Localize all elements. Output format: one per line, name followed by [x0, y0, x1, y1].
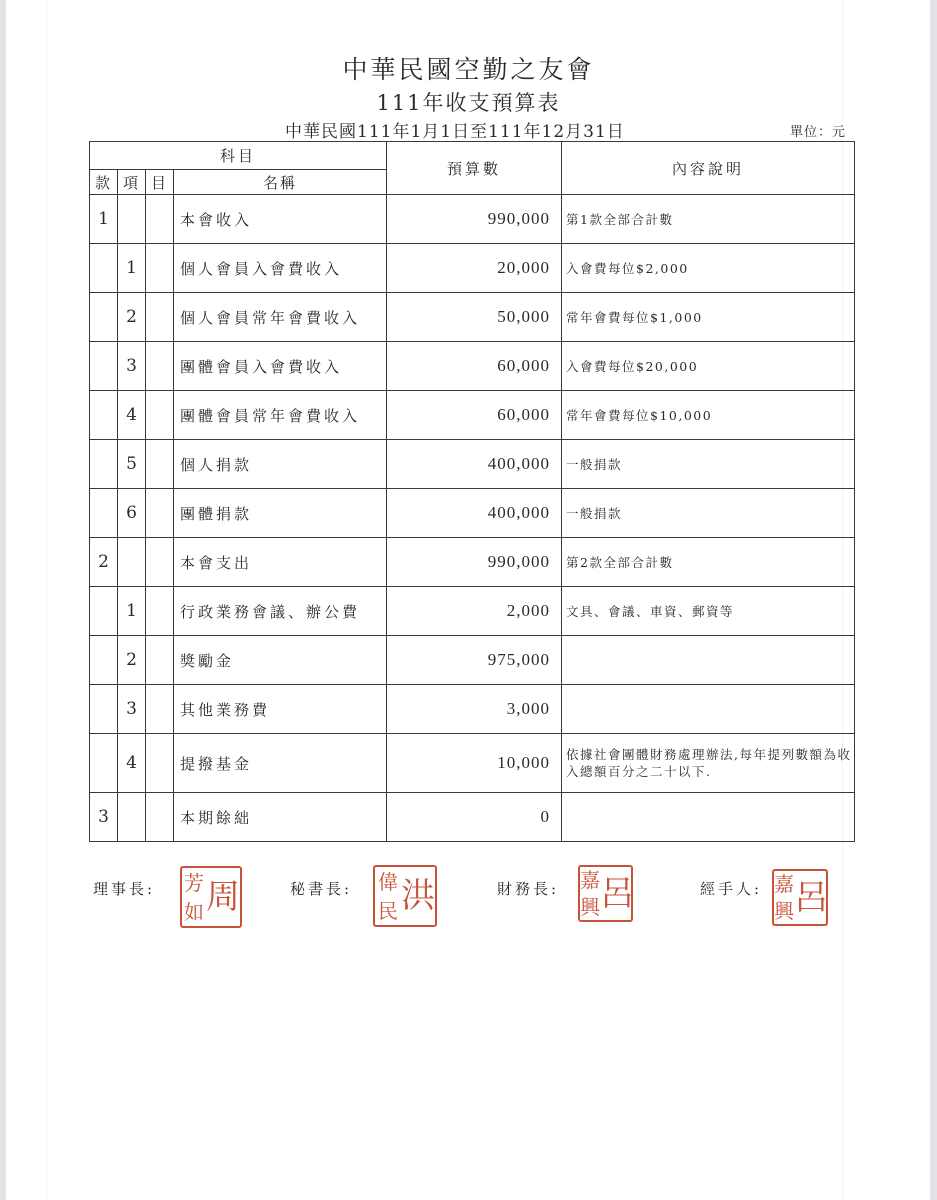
mu-cell — [146, 293, 174, 342]
description-cell: 一般捐款 — [562, 489, 855, 538]
signature-row: 理事長: 芳 周 如 秘書長: 偉 洪 民 財務長: 嘉 呂 興 經手人: 嘉 … — [0, 874, 937, 954]
kuan-cell — [90, 734, 118, 793]
table-row: 3 本期餘絀 0 — [90, 793, 855, 842]
budget-cell: 2,000 — [387, 587, 562, 636]
name-cell: 團體捐款 — [174, 489, 387, 538]
mu-cell — [146, 244, 174, 293]
xiang-cell — [118, 538, 146, 587]
name-cell: 本會支出 — [174, 538, 387, 587]
mu-cell — [146, 489, 174, 538]
seal-char: 興 — [580, 894, 600, 921]
name-cell: 個人捐款 — [174, 440, 387, 489]
budget-cell: 0 — [387, 793, 562, 842]
xiang-cell: 5 — [118, 440, 146, 489]
xiang-cell: 4 — [118, 734, 146, 793]
budget-cell: 990,000 — [387, 195, 562, 244]
description-cell: 常年會費每位$10,000 — [562, 391, 855, 440]
xiang-cell — [118, 195, 146, 244]
name-cell: 本期餘絀 — [174, 793, 387, 842]
kuan-cell: 1 — [90, 195, 118, 244]
secretary-seal-icon: 偉 洪 民 — [373, 865, 437, 927]
seal-char: 呂 — [600, 867, 634, 920]
xiang-cell: 4 — [118, 391, 146, 440]
description-cell: 第1款全部合計數 — [562, 195, 855, 244]
budget-table: 科目 預算數 內容說明 款 項 目 名稱 1 本會收入 990,000 第1款全… — [89, 141, 855, 842]
table-row: 3 團體會員入會費收入 60,000 入會費每位$20,000 — [90, 342, 855, 391]
mu-cell — [146, 793, 174, 842]
xiang-column-header: 項 — [118, 170, 146, 195]
document-title: 111年收支預算表 — [0, 87, 937, 117]
table-row: 2 獎勵金 975,000 — [90, 636, 855, 685]
description-cell: 入會費每位$2,000 — [562, 244, 855, 293]
description-cell: 文具、會議、車資、郵資等 — [562, 587, 855, 636]
xiang-cell: 1 — [118, 587, 146, 636]
chairman-label: 理事長: — [93, 878, 155, 899]
unit-label: 單位：元 — [790, 121, 846, 140]
mu-cell — [146, 195, 174, 244]
mu-column-header: 目 — [146, 170, 174, 195]
handler-seal-icon: 嘉 呂 興 — [772, 869, 828, 926]
table-row: 2 本會支出 990,000 第2款全部合計數 — [90, 538, 855, 587]
organization-title: 中華民國空勤之友會 — [0, 50, 937, 86]
chairman-seal-icon: 芳 周 如 — [180, 866, 242, 928]
kuan-cell — [90, 244, 118, 293]
mu-cell — [146, 391, 174, 440]
budget-cell: 50,000 — [387, 293, 562, 342]
budget-cell: 3,000 — [387, 685, 562, 734]
name-column-header: 名稱 — [174, 170, 387, 195]
kuan-cell — [90, 489, 118, 538]
budget-cell: 60,000 — [387, 391, 562, 440]
name-cell: 團體會員常年會費收入 — [174, 391, 387, 440]
kuan-column-header: 款 — [90, 170, 118, 195]
mu-cell — [146, 587, 174, 636]
seal-char: 嘉 — [580, 867, 600, 894]
page-edge-left — [0, 0, 6, 1200]
seal-char: 洪 — [401, 867, 435, 925]
table-row: 4 提撥基金 10,000 依據社會團體財務處理辦法,每年提列數額為收入總額百分… — [90, 734, 855, 793]
seal-char: 如 — [182, 897, 206, 926]
mu-cell — [146, 636, 174, 685]
budget-cell: 20,000 — [387, 244, 562, 293]
xiang-cell: 2 — [118, 636, 146, 685]
xiang-cell: 2 — [118, 293, 146, 342]
kuan-cell: 3 — [90, 793, 118, 842]
budget-cell: 60,000 — [387, 342, 562, 391]
table-row: 1 個人會員入會費收入 20,000 入會費每位$2,000 — [90, 244, 855, 293]
table-row: 6 團體捐款 400,000 一般捐款 — [90, 489, 855, 538]
kuan-cell — [90, 685, 118, 734]
kuan-cell — [90, 342, 118, 391]
budget-cell: 10,000 — [387, 734, 562, 793]
kuan-cell — [90, 636, 118, 685]
xiang-cell: 6 — [118, 489, 146, 538]
xiang-cell: 3 — [118, 342, 146, 391]
budget-cell: 400,000 — [387, 440, 562, 489]
table-row: 1 行政業務會議、辦公費 2,000 文具、會議、車資、郵資等 — [90, 587, 855, 636]
name-cell: 本會收入 — [174, 195, 387, 244]
seal-char: 周 — [206, 868, 240, 926]
budget-cell: 990,000 — [387, 538, 562, 587]
xiang-cell — [118, 793, 146, 842]
name-cell: 個人會員入會費收入 — [174, 244, 387, 293]
seal-char: 呂 — [794, 871, 828, 924]
scan-artifact-line — [46, 0, 47, 1200]
name-cell: 行政業務會議、辦公費 — [174, 587, 387, 636]
table-row: 1 本會收入 990,000 第1款全部合計數 — [90, 195, 855, 244]
name-cell: 提撥基金 — [174, 734, 387, 793]
description-cell — [562, 685, 855, 734]
secretary-label: 秘書長: — [290, 878, 352, 899]
mu-cell — [146, 685, 174, 734]
description-cell — [562, 636, 855, 685]
seal-char: 民 — [375, 896, 401, 925]
description-cell: 第2款全部合計數 — [562, 538, 855, 587]
kuan-cell — [90, 391, 118, 440]
description-cell: 依據社會團體財務處理辦法,每年提列數額為收入總額百分之二十以下. — [562, 734, 855, 793]
description-cell — [562, 793, 855, 842]
page-edge-right — [930, 0, 937, 1200]
table-row: 3 其他業務費 3,000 — [90, 685, 855, 734]
seal-char: 嘉 — [774, 871, 794, 898]
xiang-cell: 3 — [118, 685, 146, 734]
handler-label: 經手人: — [700, 878, 762, 899]
name-cell: 個人會員常年會費收入 — [174, 293, 387, 342]
description-column-header: 內容說明 — [562, 142, 855, 195]
xiang-cell: 1 — [118, 244, 146, 293]
seal-char: 偉 — [375, 867, 401, 896]
budget-column-header: 預算數 — [387, 142, 562, 195]
description-cell: 入會費每位$20,000 — [562, 342, 855, 391]
seal-char: 芳 — [182, 868, 206, 897]
table-row: 2 個人會員常年會費收入 50,000 常年會費每位$1,000 — [90, 293, 855, 342]
name-cell: 團體會員入會費收入 — [174, 342, 387, 391]
subject-group-header: 科目 — [90, 142, 387, 170]
budget-cell: 975,000 — [387, 636, 562, 685]
mu-cell — [146, 734, 174, 793]
seal-char: 興 — [774, 898, 794, 925]
mu-cell — [146, 538, 174, 587]
period-subtitle: 中華民國111年1月1日至111年12月31日 — [285, 117, 625, 142]
description-cell: 常年會費每位$1,000 — [562, 293, 855, 342]
kuan-cell — [90, 293, 118, 342]
kuan-cell: 2 — [90, 538, 118, 587]
kuan-cell — [90, 440, 118, 489]
name-cell: 其他業務費 — [174, 685, 387, 734]
mu-cell — [146, 440, 174, 489]
treasurer-label: 財務長: — [497, 878, 559, 899]
kuan-cell — [90, 587, 118, 636]
table-row: 5 個人捐款 400,000 一般捐款 — [90, 440, 855, 489]
budget-cell: 400,000 — [387, 489, 562, 538]
name-cell: 獎勵金 — [174, 636, 387, 685]
table-row: 4 團體會員常年會費收入 60,000 常年會費每位$10,000 — [90, 391, 855, 440]
description-cell: 一般捐款 — [562, 440, 855, 489]
treasurer-seal-icon: 嘉 呂 興 — [578, 865, 633, 922]
mu-cell — [146, 342, 174, 391]
